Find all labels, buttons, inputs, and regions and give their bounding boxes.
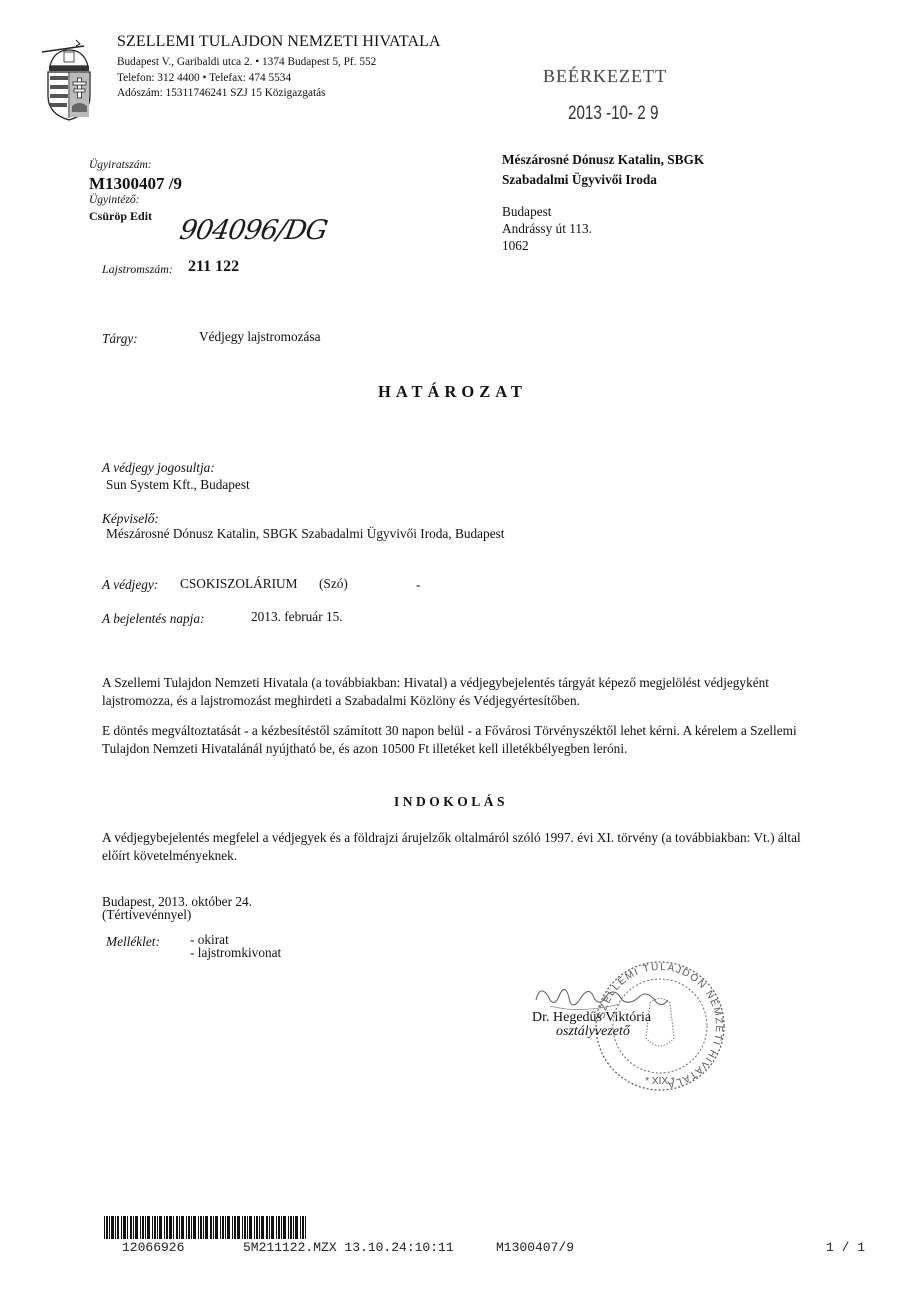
addressee-street: Andrássy út 113.	[502, 221, 592, 237]
organization-tax-id: Adószám: 15311746241 SZJ 15 Közigazgatás	[117, 87, 326, 99]
signer-title: osztályvezető	[556, 1024, 630, 1040]
addressee-name: Mészárosné Dónusz Katalin, SBGK	[502, 152, 704, 168]
barcode-number: 12066926	[122, 1240, 184, 1255]
received-stamp-title: BEÉRKEZETT	[543, 66, 667, 87]
reasoning-heading: INDOKOLÁS	[394, 794, 508, 810]
file-reference: 5M211122.MZX 13.10.24:10:11	[243, 1240, 454, 1255]
trademark-type: (Szó)	[319, 576, 348, 592]
organization-phone: Telefon: 312 4400 • Telefax: 474 5534	[117, 72, 291, 84]
registration-number: 211 122	[188, 258, 239, 276]
organization-address: Budapest V., Garibaldi utca 2. • 1374 Bu…	[117, 56, 376, 68]
decision-paragraph-2: E döntés megváltoztatását - a kézbesítés…	[102, 722, 802, 758]
addressee-city: Budapest	[502, 204, 552, 220]
representative-value: Mészárosné Dónusz Katalin, SBGK Szabadal…	[106, 526, 504, 542]
subject-label: Tárgy:	[102, 331, 138, 347]
handwritten-note: 904096/DG	[177, 215, 329, 246]
reasoning-paragraph: A védjegybejelentés megfelel a védjegyek…	[102, 829, 802, 865]
addressee-office: Szabadalmi Ügyvivői Iroda	[502, 172, 657, 188]
barcode-icon	[104, 1216, 306, 1239]
subject-value: Védjegy lajstromozása	[199, 329, 320, 345]
filing-date-value: 2013. február 15.	[251, 609, 343, 625]
decision-paragraph-1: A Szellemi Tulajdon Nemzeti Hivatala (a …	[102, 674, 802, 710]
filing-date-label: A bejelentés napja:	[102, 611, 204, 627]
case-reference: M1300407/9	[496, 1240, 574, 1255]
case-number-label: Ügyiratszám:	[89, 159, 152, 171]
page-indicator: 1 / 1	[826, 1240, 865, 1255]
attachments-label: Melléklet:	[106, 934, 160, 950]
coat-of-arms-icon	[40, 38, 98, 122]
handler-label: Ügyintéző:	[89, 194, 139, 206]
representative-label: Képviselő:	[102, 511, 159, 527]
addressee-postcode: 1062	[502, 238, 529, 254]
case-number: M1300407 /9	[89, 174, 182, 194]
registration-number-label: Lajstromszám:	[102, 262, 173, 277]
svg-text:* XIX *: * XIX *	[645, 1076, 675, 1087]
handler-name: Csüröp Edit	[89, 209, 152, 224]
received-stamp-date: 2013 -10- 2 9	[568, 103, 658, 125]
trademark-dash: -	[416, 577, 420, 593]
attachment-item: - lajstromkivonat	[190, 945, 281, 961]
document-title: HATÁROZAT	[378, 382, 527, 402]
owner-label: A védjegy jogosultja:	[102, 460, 215, 476]
trademark-value: CSOKISZOLÁRIUM	[180, 576, 297, 592]
trademark-label: A védjegy:	[102, 577, 158, 593]
owner-value: Sun System Kft., Budapest	[106, 477, 250, 493]
organization-name: SZELLEMI TULAJDON NEMZETI HIVATALA	[117, 33, 441, 51]
delivery-note: (Tértivevénnyel)	[102, 907, 191, 923]
